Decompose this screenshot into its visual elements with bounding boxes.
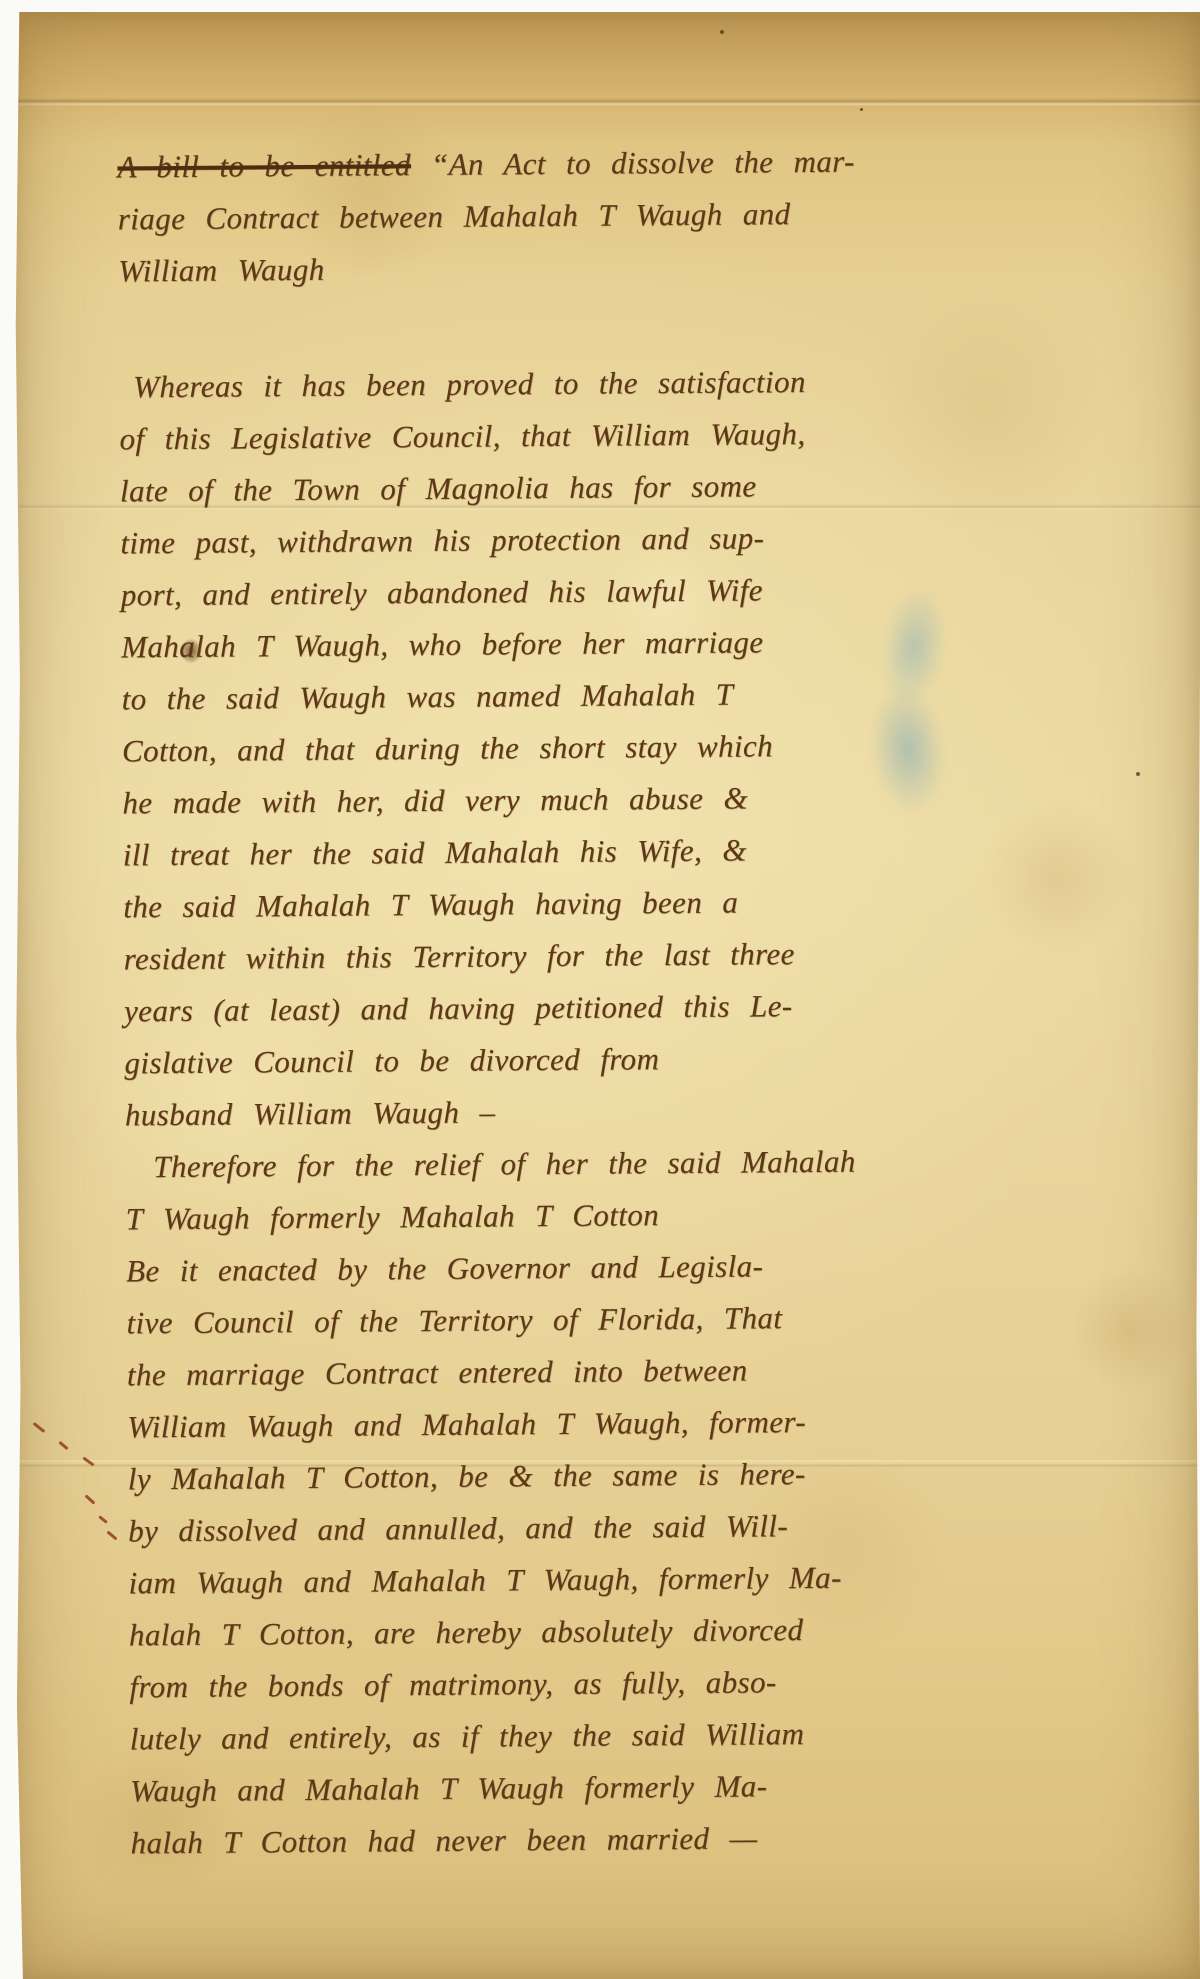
manuscript-line: iam Waugh and Mahalah T Waugh, formerly … <box>128 1551 988 1610</box>
red-ink-spatter <box>58 1441 68 1450</box>
manuscript-line: he made with her, did very much abuse & <box>122 771 982 830</box>
manuscript-line: from the bonds of matrimony, as fully, a… <box>129 1655 989 1714</box>
manuscript-line: halah T Cotton had never been married — <box>130 1811 990 1870</box>
manuscript-line: halah T Cotton, are hereby absolutely di… <box>129 1603 989 1662</box>
red-ink-spatter <box>33 1422 46 1433</box>
paper-speck <box>1136 772 1140 776</box>
fold-crease-top <box>14 98 1200 106</box>
manuscript-line: the marriage Contract entered into betwe… <box>127 1343 987 1402</box>
manuscript-line: years (at least) and having petitioned t… <box>124 979 984 1038</box>
manuscript-line: Therefore for the relief of her the said… <box>125 1135 985 1194</box>
manuscript-line: ill treat her the said Mahalah his Wife,… <box>123 823 983 882</box>
manuscript-line: gislative Council to be divorced from <box>124 1031 984 1090</box>
manuscript-line: time past, withdrawn his protection and … <box>120 511 980 570</box>
manuscript-line: the said Mahalah T Waugh having been a <box>123 875 983 934</box>
manuscript-line: husband William Waugh – <box>125 1083 985 1142</box>
manuscript-line-text: “An Act to dissolve the mar- <box>431 144 855 182</box>
manuscript-line: resident within this Territory for the l… <box>123 927 983 986</box>
manuscript-line: William Waugh and Mahalah T Waugh, forme… <box>127 1395 987 1454</box>
manuscript-line: ly Mahalah T Cotton, be & the same is he… <box>128 1447 988 1506</box>
manuscript-line: to the said Waugh was named Mahalah T <box>121 667 981 726</box>
red-ink-spatter <box>85 1494 96 1504</box>
manuscript-line: port, and entirely abandoned his lawful … <box>121 563 981 622</box>
manuscript-line: T Waugh formerly Mahalah T Cotton <box>125 1187 985 1246</box>
manuscript-line: Cotton, and that during the short stay w… <box>122 719 982 778</box>
struck-out-phrase: A bill to be entitled <box>117 147 411 184</box>
paper-speck <box>720 30 724 34</box>
document-page: A bill to be entitled“An Act to dissolve… <box>14 12 1200 1979</box>
manuscript-line: tive Council of the Territory of Florida… <box>126 1291 986 1350</box>
manuscript-line: late of the Town of Magnolia has for som… <box>120 459 980 518</box>
paper-speck <box>860 108 863 111</box>
manuscript-line: of this Legislative Council, that Willia… <box>119 407 979 466</box>
manuscript-line: Whereas it has been proved to the satisf… <box>119 355 979 414</box>
manuscript-line: by dissolved and annulled, and the said … <box>128 1499 988 1558</box>
manuscript-line: riage Contract between Mahalah T Waugh a… <box>118 187 978 246</box>
manuscript-text: A bill to be entitled“An Act to dissolve… <box>117 135 991 1870</box>
red-ink-spatter <box>82 1456 94 1466</box>
red-ink-spatter <box>98 1515 108 1524</box>
manuscript-line: Waugh and Mahalah T Waugh formerly Ma- <box>130 1759 990 1818</box>
manuscript-line: Mahalah T Waugh, who before her marriage <box>121 615 981 674</box>
manuscript-line: William Waugh <box>118 239 978 298</box>
manuscript-line: lutely and entirely, as if they the said… <box>130 1707 990 1766</box>
manuscript-line: Be it enacted by the Governor and Legisl… <box>126 1239 986 1298</box>
red-ink-spatter <box>106 1530 117 1540</box>
manuscript-line: A bill to be entitled“An Act to dissolve… <box>117 135 977 194</box>
